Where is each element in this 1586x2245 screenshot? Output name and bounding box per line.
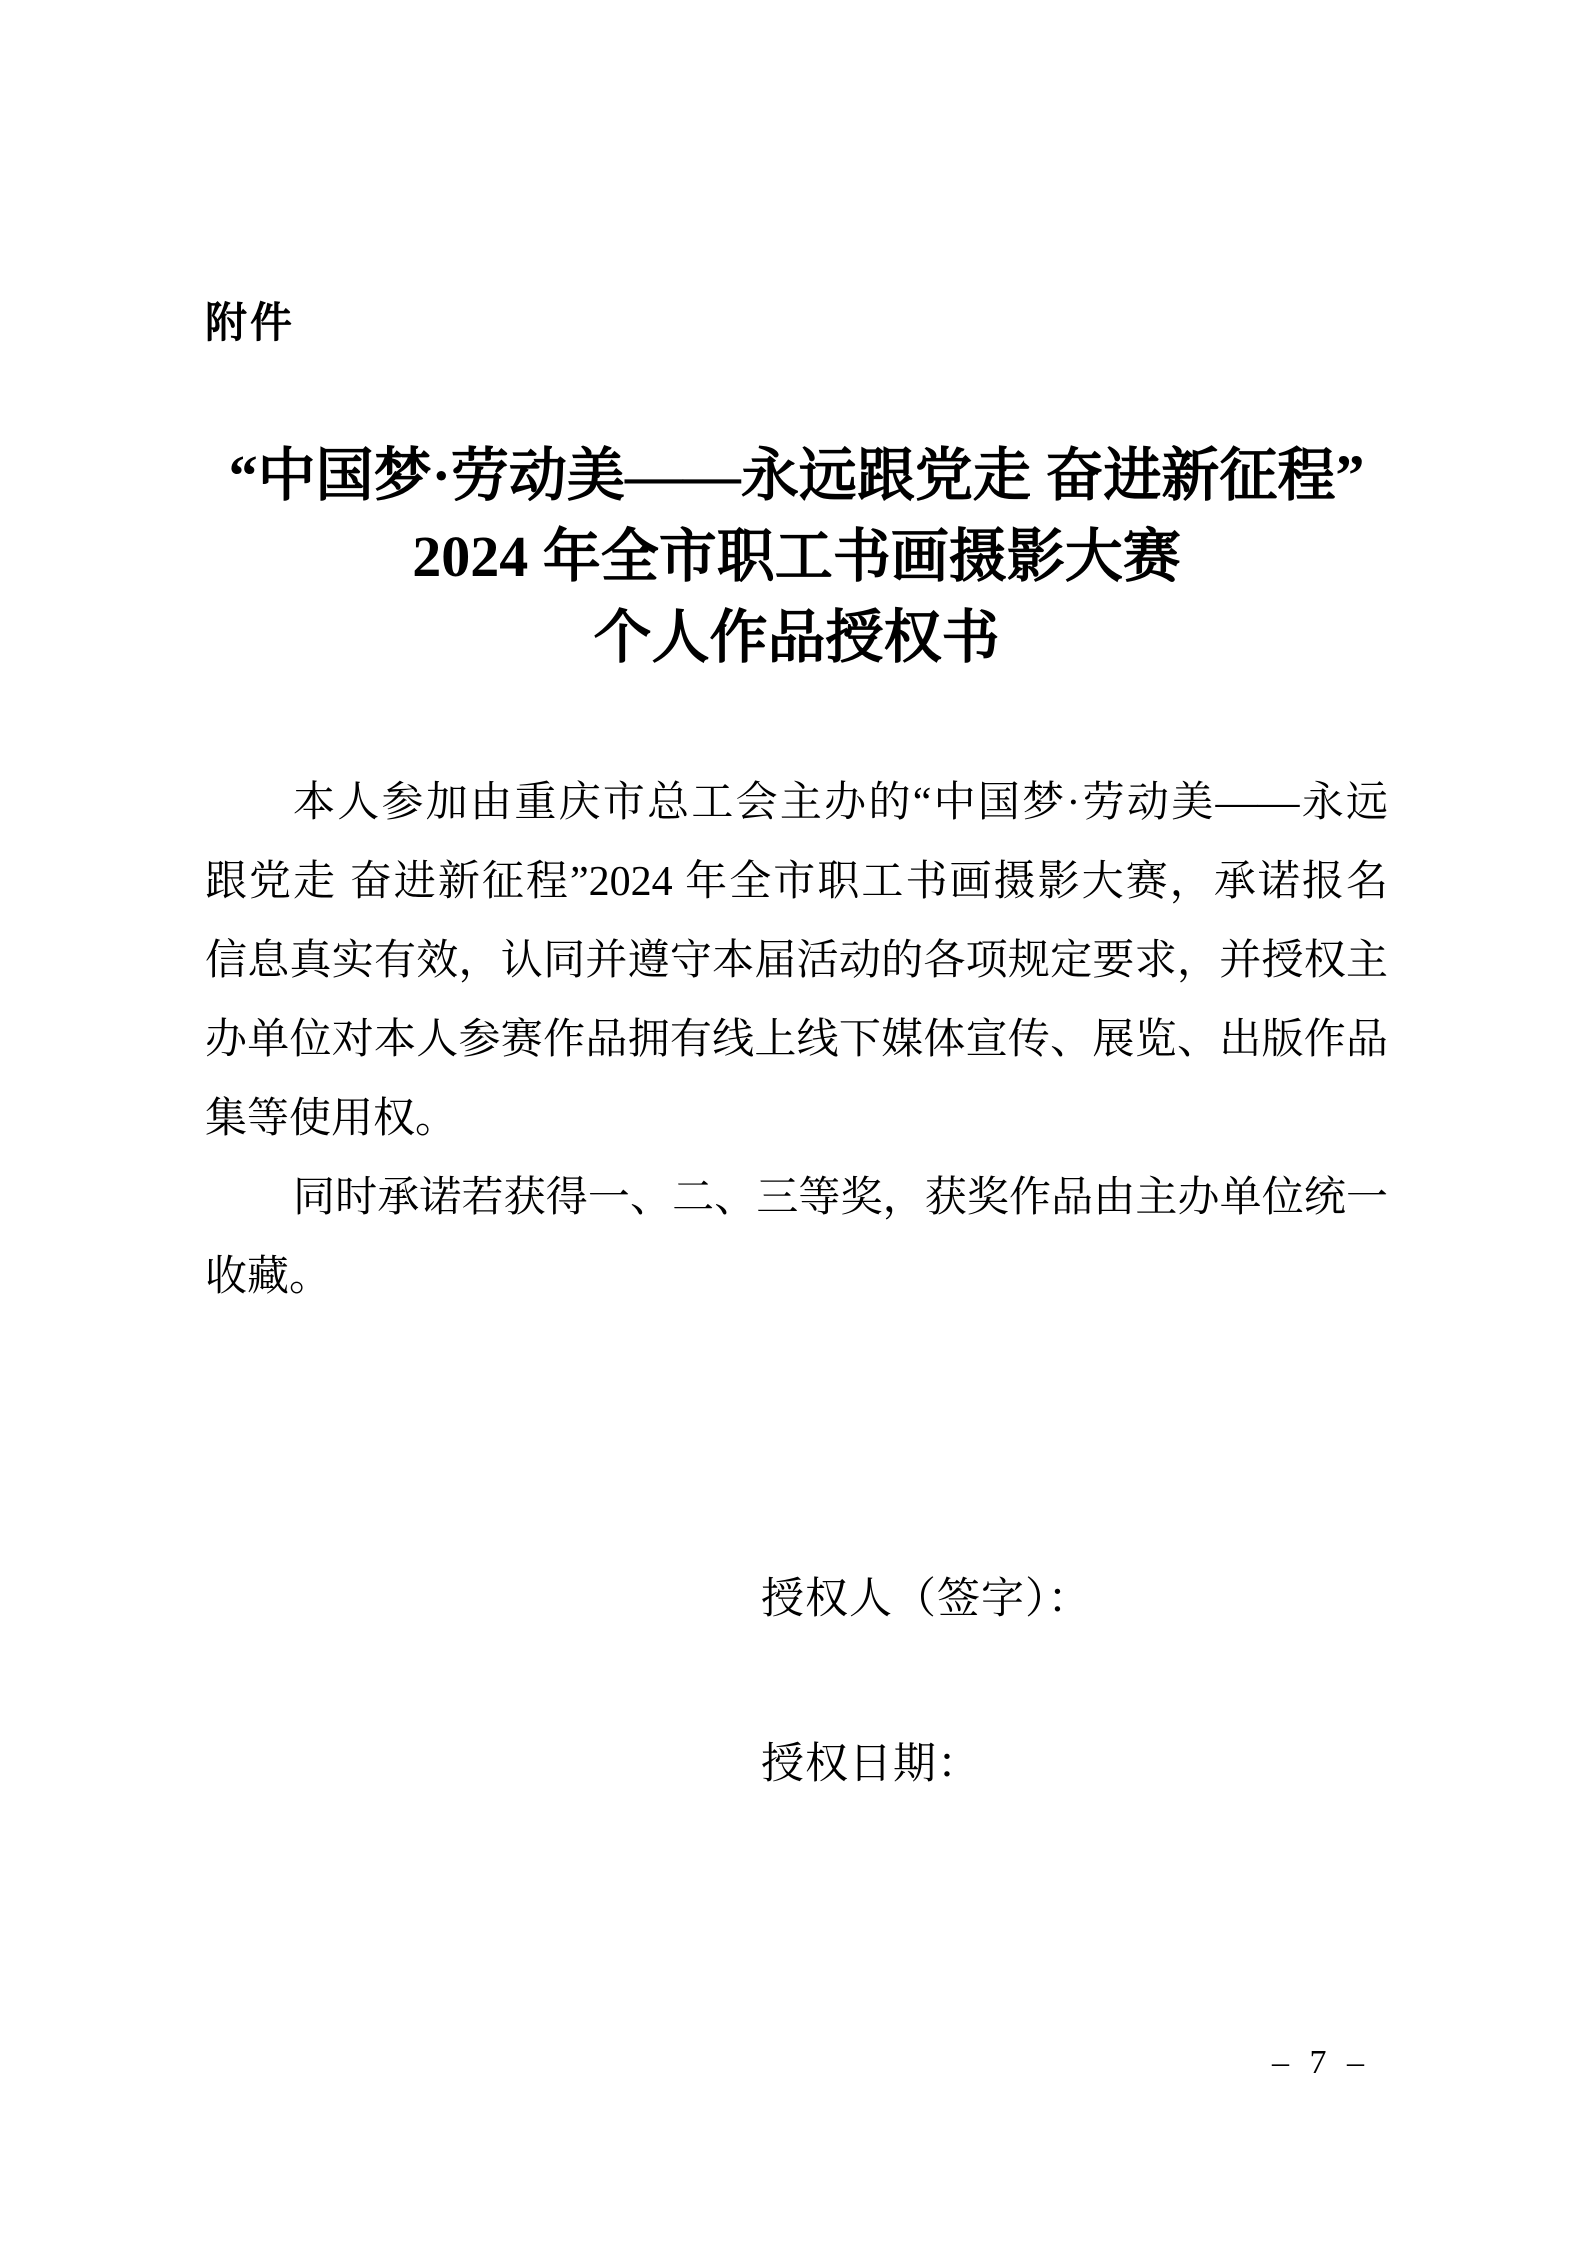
body-line: 本人参加由重庆市总工会主办的“中国梦·劳动美——永远	[205, 764, 1388, 843]
body-line: 同时承诺若获得一、二、三等奖，获奖作品由主办单位统一	[205, 1159, 1388, 1238]
title-line-2: 2024 年全市职工书画摄影大赛	[205, 516, 1388, 597]
body-line: 办单位对本人参赛作品拥有线上线下媒体宣传、展览、出版作品	[205, 1001, 1388, 1080]
signer-label: 授权人（签字）：	[761, 1571, 1092, 1629]
date-label: 授权日期：	[761, 1736, 981, 1794]
body-text: 本人参加由重庆市总工会主办的“中国梦·劳动美——永远 跟党走 奋进新征程”202…	[205, 764, 1388, 1317]
body-line: 信息真实有效，认同并遵守本届活动的各项规定要求，并授权主	[205, 922, 1388, 1001]
body-line: 跟党走 奋进新征程”2024 年全市职工书画摄影大赛，承诺报名	[205, 843, 1388, 922]
attachment-label: 附件	[205, 299, 295, 347]
document-page: 附件 “中国梦·劳动美——永远跟党走 奋进新征程” 2024 年全市职工书画摄影…	[0, 0, 1586, 2245]
body-line: 收藏。	[205, 1238, 1388, 1317]
title-line-3: 个人作品授权书	[205, 597, 1388, 678]
page-number: – 7 –	[1272, 2043, 1370, 2083]
document-title: “中国梦·劳动美——永远跟党走 奋进新征程” 2024 年全市职工书画摄影大赛 …	[205, 435, 1388, 678]
body-line: 集等使用权。	[205, 1080, 1388, 1159]
title-line-1: “中国梦·劳动美——永远跟党走 奋进新征程”	[205, 435, 1388, 516]
